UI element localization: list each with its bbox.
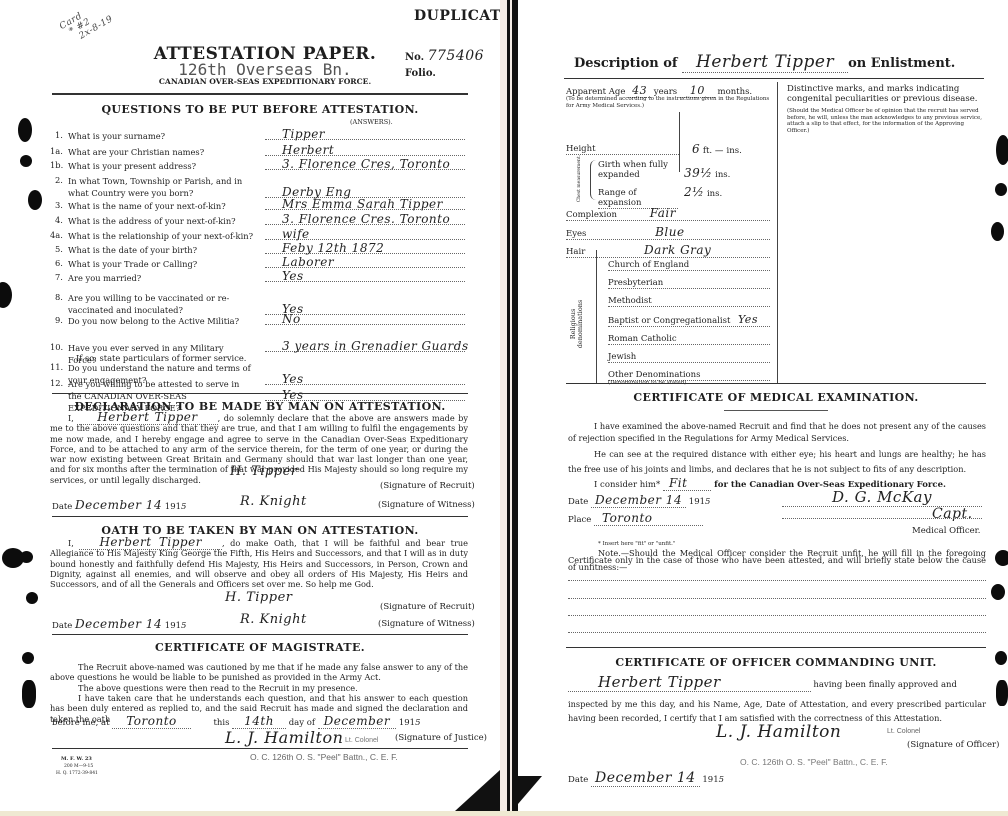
answer-value: wife <box>282 227 310 241</box>
answer-value: Feby 12th 1872 <box>282 241 384 255</box>
eyes-row: Eyes Blue <box>566 225 770 240</box>
answer-value: Herbert <box>282 143 334 157</box>
declaration-date: Date December 14 1915 <box>52 498 187 512</box>
medical-heading: CERTIFICATE OF MEDICAL EXAMINATION. <box>566 391 986 404</box>
religion-label: Jewish <box>608 352 770 363</box>
witness-signature-label: (Signature of Witness) <box>378 619 475 629</box>
medical-para-1: I have examined the above-named Recruit … <box>568 420 986 444</box>
rank-stamp: Lt. Colonel <box>345 737 378 744</box>
magistrate-heading: CERTIFICATE OF MAGISTRATE. <box>52 641 468 654</box>
complexion-label: Complexion <box>566 210 617 220</box>
regimental-number: No. 775406 <box>405 48 484 64</box>
binding-hole <box>20 155 32 167</box>
answer-value: Yes <box>282 372 304 386</box>
question-number: 11. <box>50 362 63 372</box>
religion-label: Presbyterian <box>608 278 770 289</box>
form-code: 200 M—9-15 <box>56 763 98 770</box>
binding-hole <box>20 551 33 563</box>
height-value: 6 ft. — ins. <box>684 142 742 156</box>
inches-label: ins. <box>707 189 722 199</box>
form-code: H. Q. 1772-39-841 <box>56 770 98 777</box>
girth-value: 39½ <box>684 166 712 180</box>
question-text: In what Town, Township or Parish, and in… <box>68 175 254 199</box>
question-number: 6. <box>55 258 63 268</box>
year-prefix: 191 <box>165 621 181 631</box>
justice-signature: L. J. Hamilton <box>225 728 343 747</box>
witness-signature: R. Knight <box>240 494 307 509</box>
place-value: Toronto <box>112 714 191 729</box>
commanding-name: Herbert Tipper <box>568 673 811 692</box>
commanding-date: Date December 14 1915 <box>568 770 725 786</box>
answer-value: No <box>282 312 301 326</box>
recruit-signature: H. Tipper <box>230 464 297 479</box>
answer-value: Mrs Emma Sarah Tipper <box>282 197 443 211</box>
margin-note: Card * #2 2x-8-19 <box>59 0 115 48</box>
binding-hole <box>995 651 1007 665</box>
year-suffix: 5 <box>719 775 725 785</box>
question-number: 10. <box>50 342 63 352</box>
form-subtitle: CANADIAN OVER-SEAS EXPEDITIONARY FORCE. <box>150 77 380 86</box>
binding-hole <box>22 680 36 708</box>
binding-hole <box>26 592 38 604</box>
question-text: What is your surname? <box>68 130 254 142</box>
religion-label: Religious denominations <box>570 289 584 359</box>
witness-signature-label: (Signature of Witness) <box>378 500 475 510</box>
religion-label: Church of England <box>608 260 770 271</box>
divider <box>724 410 828 411</box>
binding-hole <box>0 282 12 308</box>
officer-signature-label: (Signature of Officer) <box>907 740 999 750</box>
range-value-row: 2½ ins. <box>684 185 722 199</box>
fitness-value: Fit <box>663 476 712 491</box>
description-name: Herbert Tipper <box>682 52 848 73</box>
column-divider <box>596 250 597 384</box>
recruit-signature: H. Tipper <box>225 590 292 605</box>
commanding-text-2: inspected by me this day, and his Name, … <box>568 697 986 725</box>
witness-signature: R. Knight <box>240 612 307 627</box>
date-value: December 14 <box>75 498 162 512</box>
page-edge <box>512 0 518 811</box>
date-label: Date <box>568 775 588 785</box>
year-suffix: 5 <box>705 497 711 507</box>
divider <box>52 393 468 394</box>
number-value: 775406 <box>428 48 484 64</box>
this-label: this <box>193 718 229 728</box>
number-label: No. <box>405 52 424 63</box>
question-text: What is the relationship of your next-of… <box>68 230 254 242</box>
officer-signature: L. J. Hamilton <box>716 722 841 742</box>
question-number: 9. <box>55 315 63 325</box>
medical-note: Note.—Should the Medical Officer conside… <box>568 550 986 571</box>
unit-stamp: O. C. 126th O. S. "Peel" Battn., C. E. F… <box>740 757 888 767</box>
religion-value: Yes <box>738 313 758 326</box>
question-text: Are you married? <box>68 272 254 284</box>
divider <box>566 647 986 648</box>
inches-label: ins. <box>727 146 742 156</box>
answer-value: Laborer <box>282 255 334 269</box>
before-me-label: before me, at <box>52 718 110 728</box>
date-value: December 14 <box>591 493 686 508</box>
text-prefix: I, <box>50 413 74 423</box>
magistrate-para-2: The above questions were then read to th… <box>50 683 468 693</box>
binding-hole <box>996 680 1008 706</box>
medical-officer-label: Medical Officer. <box>912 526 981 536</box>
commanding-text-1: having been finally approved and <box>813 680 957 690</box>
text-prefix: I, <box>50 538 74 548</box>
signature-rank: Capt. <box>932 506 973 522</box>
recruit-signature-label: (Signature of Recruit) <box>380 602 475 612</box>
answer-value: 3. Florence Cres. Toronto <box>282 212 450 226</box>
medical-officer-signature: D. G. McKay <box>782 488 982 507</box>
distinctive-marks-note: (Should the Medical Officer be of opinio… <box>787 108 983 134</box>
question-text: What is the name of your next-of-kin? <box>68 200 254 212</box>
binding-hole <box>995 550 1008 566</box>
unfitness-line <box>568 598 986 599</box>
folio-label: Folio. <box>405 68 436 79</box>
answer-value: 3 years in Grenadier Guards <box>282 339 469 353</box>
brace <box>590 160 597 200</box>
binding-hole <box>22 652 34 664</box>
divider <box>52 516 468 517</box>
day-of-label: day of <box>289 718 315 728</box>
question-number: 5. <box>55 244 63 254</box>
date-label: Date <box>568 497 588 507</box>
date-value: December 14 <box>591 770 700 787</box>
description-label: Description of <box>574 56 678 71</box>
question-number: 7. <box>55 272 63 282</box>
height-feet: 6 <box>684 142 700 156</box>
year-suffix: 5 <box>181 621 187 631</box>
question-text: What is your present address? <box>68 160 254 172</box>
question-text: What is the date of your birth? <box>68 244 254 256</box>
medical-para-2: He can see at the required distance with… <box>568 447 986 477</box>
divider <box>52 93 468 95</box>
question-number: 1a. <box>50 146 63 156</box>
question-number: 1b. <box>50 160 63 170</box>
scan-edge <box>0 811 1008 816</box>
duplicate-label: DUPLICATE <box>414 8 500 24</box>
question-text: What is your Trade or Calling? <box>68 258 254 270</box>
question-text: What is the address of your next-of-kin? <box>68 215 254 227</box>
year-suffix: 5 <box>415 718 421 728</box>
unfitness-line <box>568 580 986 581</box>
binding-hole <box>28 190 42 210</box>
page-gutter <box>500 0 512 816</box>
year-prefix: 191 <box>165 502 181 512</box>
rank-stamp: Lt. Colonel <box>887 728 920 735</box>
signature-line <box>782 518 982 519</box>
magistrate-para-1: The Recruit above-named was cautioned by… <box>50 662 468 683</box>
date-value: December 14 <box>75 617 162 631</box>
recruit-signature-label: (Signature of Recruit) <box>380 481 475 491</box>
month-value: December <box>318 714 396 729</box>
unfitness-line <box>568 632 986 633</box>
divider <box>52 634 468 635</box>
question-number: 8. <box>55 292 63 302</box>
height-inches: — <box>715 146 724 156</box>
justice-signature-label: (Signature of Justice) <box>395 733 487 743</box>
binding-hole <box>996 135 1008 165</box>
hair-value: Dark Gray <box>588 243 711 257</box>
complexion-value: Fair <box>620 206 676 220</box>
binding-hole <box>991 222 1004 241</box>
question-number: 12. <box>50 378 63 388</box>
question-number: 4a. <box>50 230 63 240</box>
inches-label: ins. <box>715 170 730 180</box>
year-suffix: 5 <box>181 502 187 512</box>
medical-footnote: * Insert here "fit" or "unfit." <box>598 541 675 547</box>
feet-label: ft. <box>703 146 712 156</box>
binding-hole <box>991 584 1005 600</box>
column-divider <box>679 112 680 172</box>
religion-label: Methodist <box>608 296 770 307</box>
eyes-value: Blue <box>589 225 685 239</box>
question-text: Are you willing to be vaccinated or re-v… <box>68 292 254 316</box>
day-value: 14th <box>232 714 286 729</box>
divider <box>52 748 468 749</box>
attestation-paper-page: Card * #2 2x-8-19 DUPLICATE ATTESTATION … <box>0 0 500 811</box>
divider <box>564 78 984 79</box>
page-corner-shadow <box>512 776 542 811</box>
religion-label-wrap: Religious denominations <box>562 315 592 335</box>
eyes-label: Eyes <box>566 229 586 239</box>
complexion-row: Complexion Fair <box>566 206 770 221</box>
age-note: (To be determined according to the instr… <box>566 96 771 109</box>
form-code: M. F. W. 23 <box>56 756 98 763</box>
distinctive-marks-label: Distinctive marks, and marks indicating … <box>787 84 987 104</box>
religion-label: Roman Catholic <box>608 334 770 345</box>
girth-value-row: 39½ ins. <box>684 166 730 180</box>
description-page: Description of Herbert Tipperon Enlistme… <box>512 0 1008 811</box>
unit-stamp: O. C. 126th O. S. "Peel" Battn., C. E. F… <box>250 752 398 762</box>
answer-value: Yes <box>282 269 304 283</box>
question-number: 4. <box>55 215 63 225</box>
girth-label: Girth when fully expanded <box>598 160 678 180</box>
unfitness-line <box>568 615 986 616</box>
place-label: Place <box>568 515 591 525</box>
binding-hole <box>995 183 1007 196</box>
column-divider <box>777 82 778 384</box>
chest-measurement: Chest measurement. <box>566 164 578 198</box>
year-prefix: 191 <box>702 775 718 785</box>
year-prefix: 191 <box>399 718 415 728</box>
description-title: Description of Herbert Tipperon Enlistme… <box>574 52 955 72</box>
question-number: 1. <box>55 130 63 140</box>
date-label: Date <box>52 621 72 631</box>
commanding-name-row: Herbert Tipper having been finally appro… <box>568 673 986 691</box>
consider-label: I consider him* <box>594 480 660 490</box>
height-label: Height <box>566 144 679 155</box>
oath-date: Date December 14 1915 <box>52 617 187 631</box>
oath-text: I, Herbert Tipper, do make Oath, that I … <box>50 537 468 589</box>
question-text: Do you now belong to the Active Militia? <box>68 315 254 327</box>
year-prefix: 191 <box>689 497 705 507</box>
question-text: What are your Christian names? <box>68 146 254 158</box>
medical-date: Date December 14 1915 <box>568 493 711 507</box>
answer-value: Tipper <box>282 127 325 141</box>
medical-place: Place Toronto <box>568 511 703 525</box>
answer-value: 3. Florence Cres, Toronto <box>282 157 450 171</box>
divider <box>566 383 986 384</box>
question-number: 2. <box>55 175 63 185</box>
chest-label: Chest measurement. <box>577 155 582 202</box>
magistrate-before-me: before me, at Toronto this 14th day of D… <box>52 714 421 728</box>
date-label: Date <box>52 502 72 512</box>
question-number: 3. <box>55 200 63 210</box>
hair-label: Hair <box>566 247 585 257</box>
description-suffix: on Enlistment. <box>848 56 955 71</box>
page-corner-shadow <box>455 770 500 811</box>
range-value: 2½ <box>684 185 704 199</box>
answers-label: (ANSWERS). <box>350 118 393 126</box>
questions-heading: QUESTIONS TO BE PUT BEFORE ATTESTATION. <box>52 103 468 116</box>
place-value: Toronto <box>594 511 703 526</box>
binding-hole <box>18 118 32 142</box>
form-codes: M. F. W. 23 200 M—9-15 H. Q. 1772-39-841 <box>56 756 98 777</box>
commanding-heading: CERTIFICATE OF OFFICER COMMANDING UNIT. <box>566 656 986 669</box>
